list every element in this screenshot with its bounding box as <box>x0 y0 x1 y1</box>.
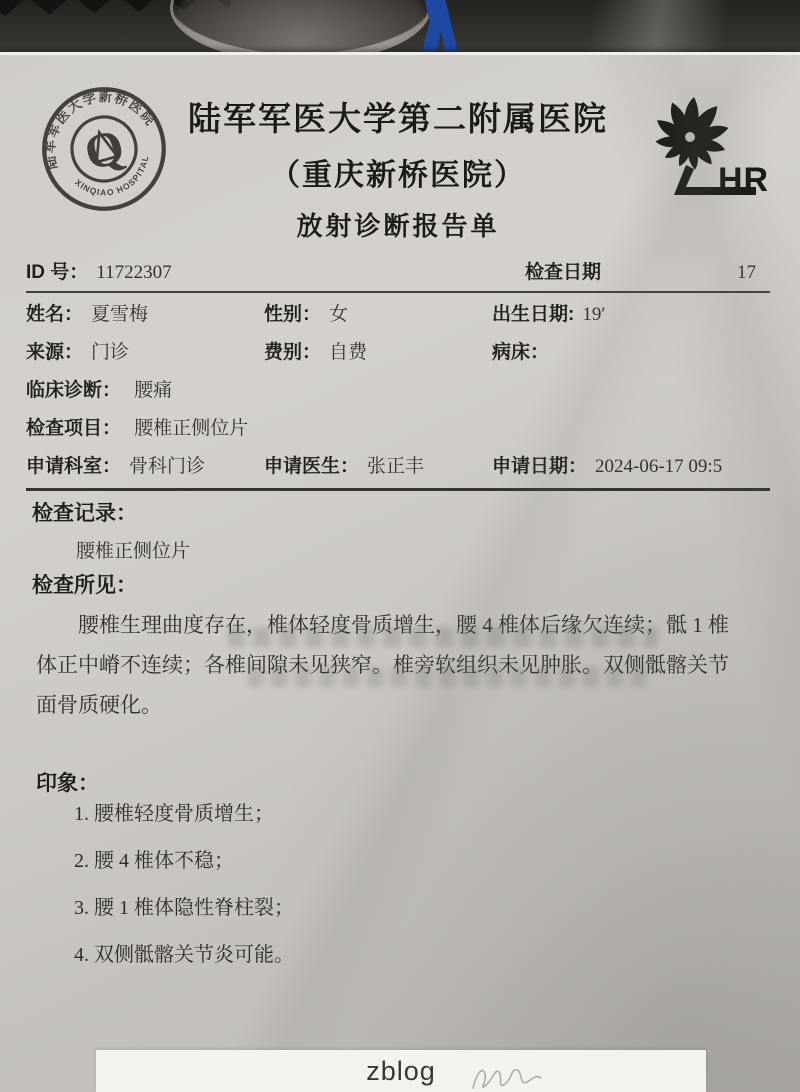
clinical-label: 临床诊断： <box>26 380 121 401</box>
birth-value: 19′ <box>582 304 605 325</box>
gender-label: 性别： <box>264 304 321 325</box>
pay-value: 自费 <box>329 342 367 363</box>
report-paper: 陆军军医大学新桥医院 XINQIAO HOSPITAL OF Q 陆军军医大学第… <box>0 52 800 1092</box>
source-label: 来源： <box>26 342 83 363</box>
hospital-seal-icon: 陆军军医大学新桥医院 XINQIAO HOSPITAL OF Q <box>25 70 183 228</box>
apply-date-label: 申请日期： <box>492 456 587 477</box>
birth-label: 出生日期: <box>492 304 574 325</box>
findings-heading: 检查所见： <box>32 569 770 599</box>
clinical-row: 临床诊断： 腰痛 <box>26 369 770 407</box>
dept-label: 申请科室： <box>26 456 121 477</box>
hospital-name: 陆军军医大学第二附属医院 <box>168 93 628 140</box>
signature-scribble <box>469 1060 559 1092</box>
apply-row: 申请科室：骨科门诊 申请医生：张正丰 申请日期：2024-06-17 09:5 <box>26 445 770 491</box>
source-row: 来源：门诊 费别：自费 病床： <box>26 331 770 369</box>
hospital-branch: （重庆新桥医院） <box>168 150 628 194</box>
patient-info: ID 号： 11722307 检查日期 17 姓名：夏雪梅 性别：女 出生日期:… <box>26 255 770 491</box>
gender-value: 女 <box>329 304 348 325</box>
source-value: 门诊 <box>91 342 129 363</box>
watermark-bar: zblog <box>96 1050 706 1092</box>
dept-value: 骨科门诊 <box>129 456 205 477</box>
impression-item: 1. 腰椎轻度骨质增生； <box>74 797 294 826</box>
id-row: ID 号： 11722307 检查日期 17 <box>26 255 770 293</box>
record-heading: 检查记录： <box>32 497 770 527</box>
findings-section: 检查所见： 腰椎生理曲度存在，椎体轻度骨质增生，腰 4 椎体后缘欠连续；骶 1 … <box>32 569 770 725</box>
impression-section: 印象： 1. 腰椎轻度骨质增生； 2. 腰 4 椎体不稳； 3. 腰 1 椎体隐… <box>36 767 294 985</box>
id-value: 11722307 <box>96 262 171 284</box>
record-content: 腰椎正侧位片 <box>76 536 770 563</box>
clinical-value: 腰痛 <box>134 380 172 401</box>
id-label: ID 号： <box>26 257 88 284</box>
hr-logo-text: HR <box>718 161 769 199</box>
impression-heading: 印象： <box>36 767 294 797</box>
seal-monogram: Q <box>78 118 130 181</box>
report-header: 陆军军医大学新桥医院 XINQIAO HOSPITAL OF Q 陆军军医大学第… <box>0 55 800 243</box>
pay-label: 费别： <box>264 342 321 363</box>
name-value: 夏雪梅 <box>91 304 148 325</box>
doctor-value: 张正丰 <box>367 456 424 477</box>
bed-label: 病床： <box>492 342 549 363</box>
watermark-text: zblog <box>366 1056 436 1087</box>
findings-text: 腰椎生理曲度存在，椎体轻度骨质增生，腰 4 椎体后缘欠连续；骶 1 椎体正中嵴不… <box>36 605 748 725</box>
exam-item-row: 检查项目： 腰椎正侧位片 <box>26 407 770 445</box>
name-row: 姓名：夏雪梅 性别：女 出生日期:19′ <box>26 293 770 331</box>
impression-item: 3. 腰 1 椎体隐性脊柱裂； <box>74 891 294 920</box>
title-block: 陆军军医大学第二附属医院 （重庆新桥医院） 放射诊断报告单 <box>168 85 628 243</box>
record-section: 检查记录： 腰椎正侧位片 <box>32 497 770 563</box>
report-title: 放射诊断报告单 <box>168 206 628 243</box>
hr-logo-icon: HR <box>628 91 778 209</box>
exam-date-label: 检查日期 <box>525 257 601 284</box>
apply-date-value: 2024-06-17 09:5 <box>595 456 722 477</box>
impression-item: 2. 腰 4 椎体不稳； <box>74 844 294 873</box>
exam-item-label: 检查项目： <box>26 418 121 439</box>
doctor-label: 申请医生： <box>264 456 359 477</box>
name-label: 姓名： <box>26 304 83 325</box>
exam-item-value: 腰椎正侧位片 <box>134 418 248 439</box>
exam-date-value: 17 <box>686 262 756 284</box>
impression-item: 4. 双侧骶髂关节炎可能。 <box>74 938 294 967</box>
